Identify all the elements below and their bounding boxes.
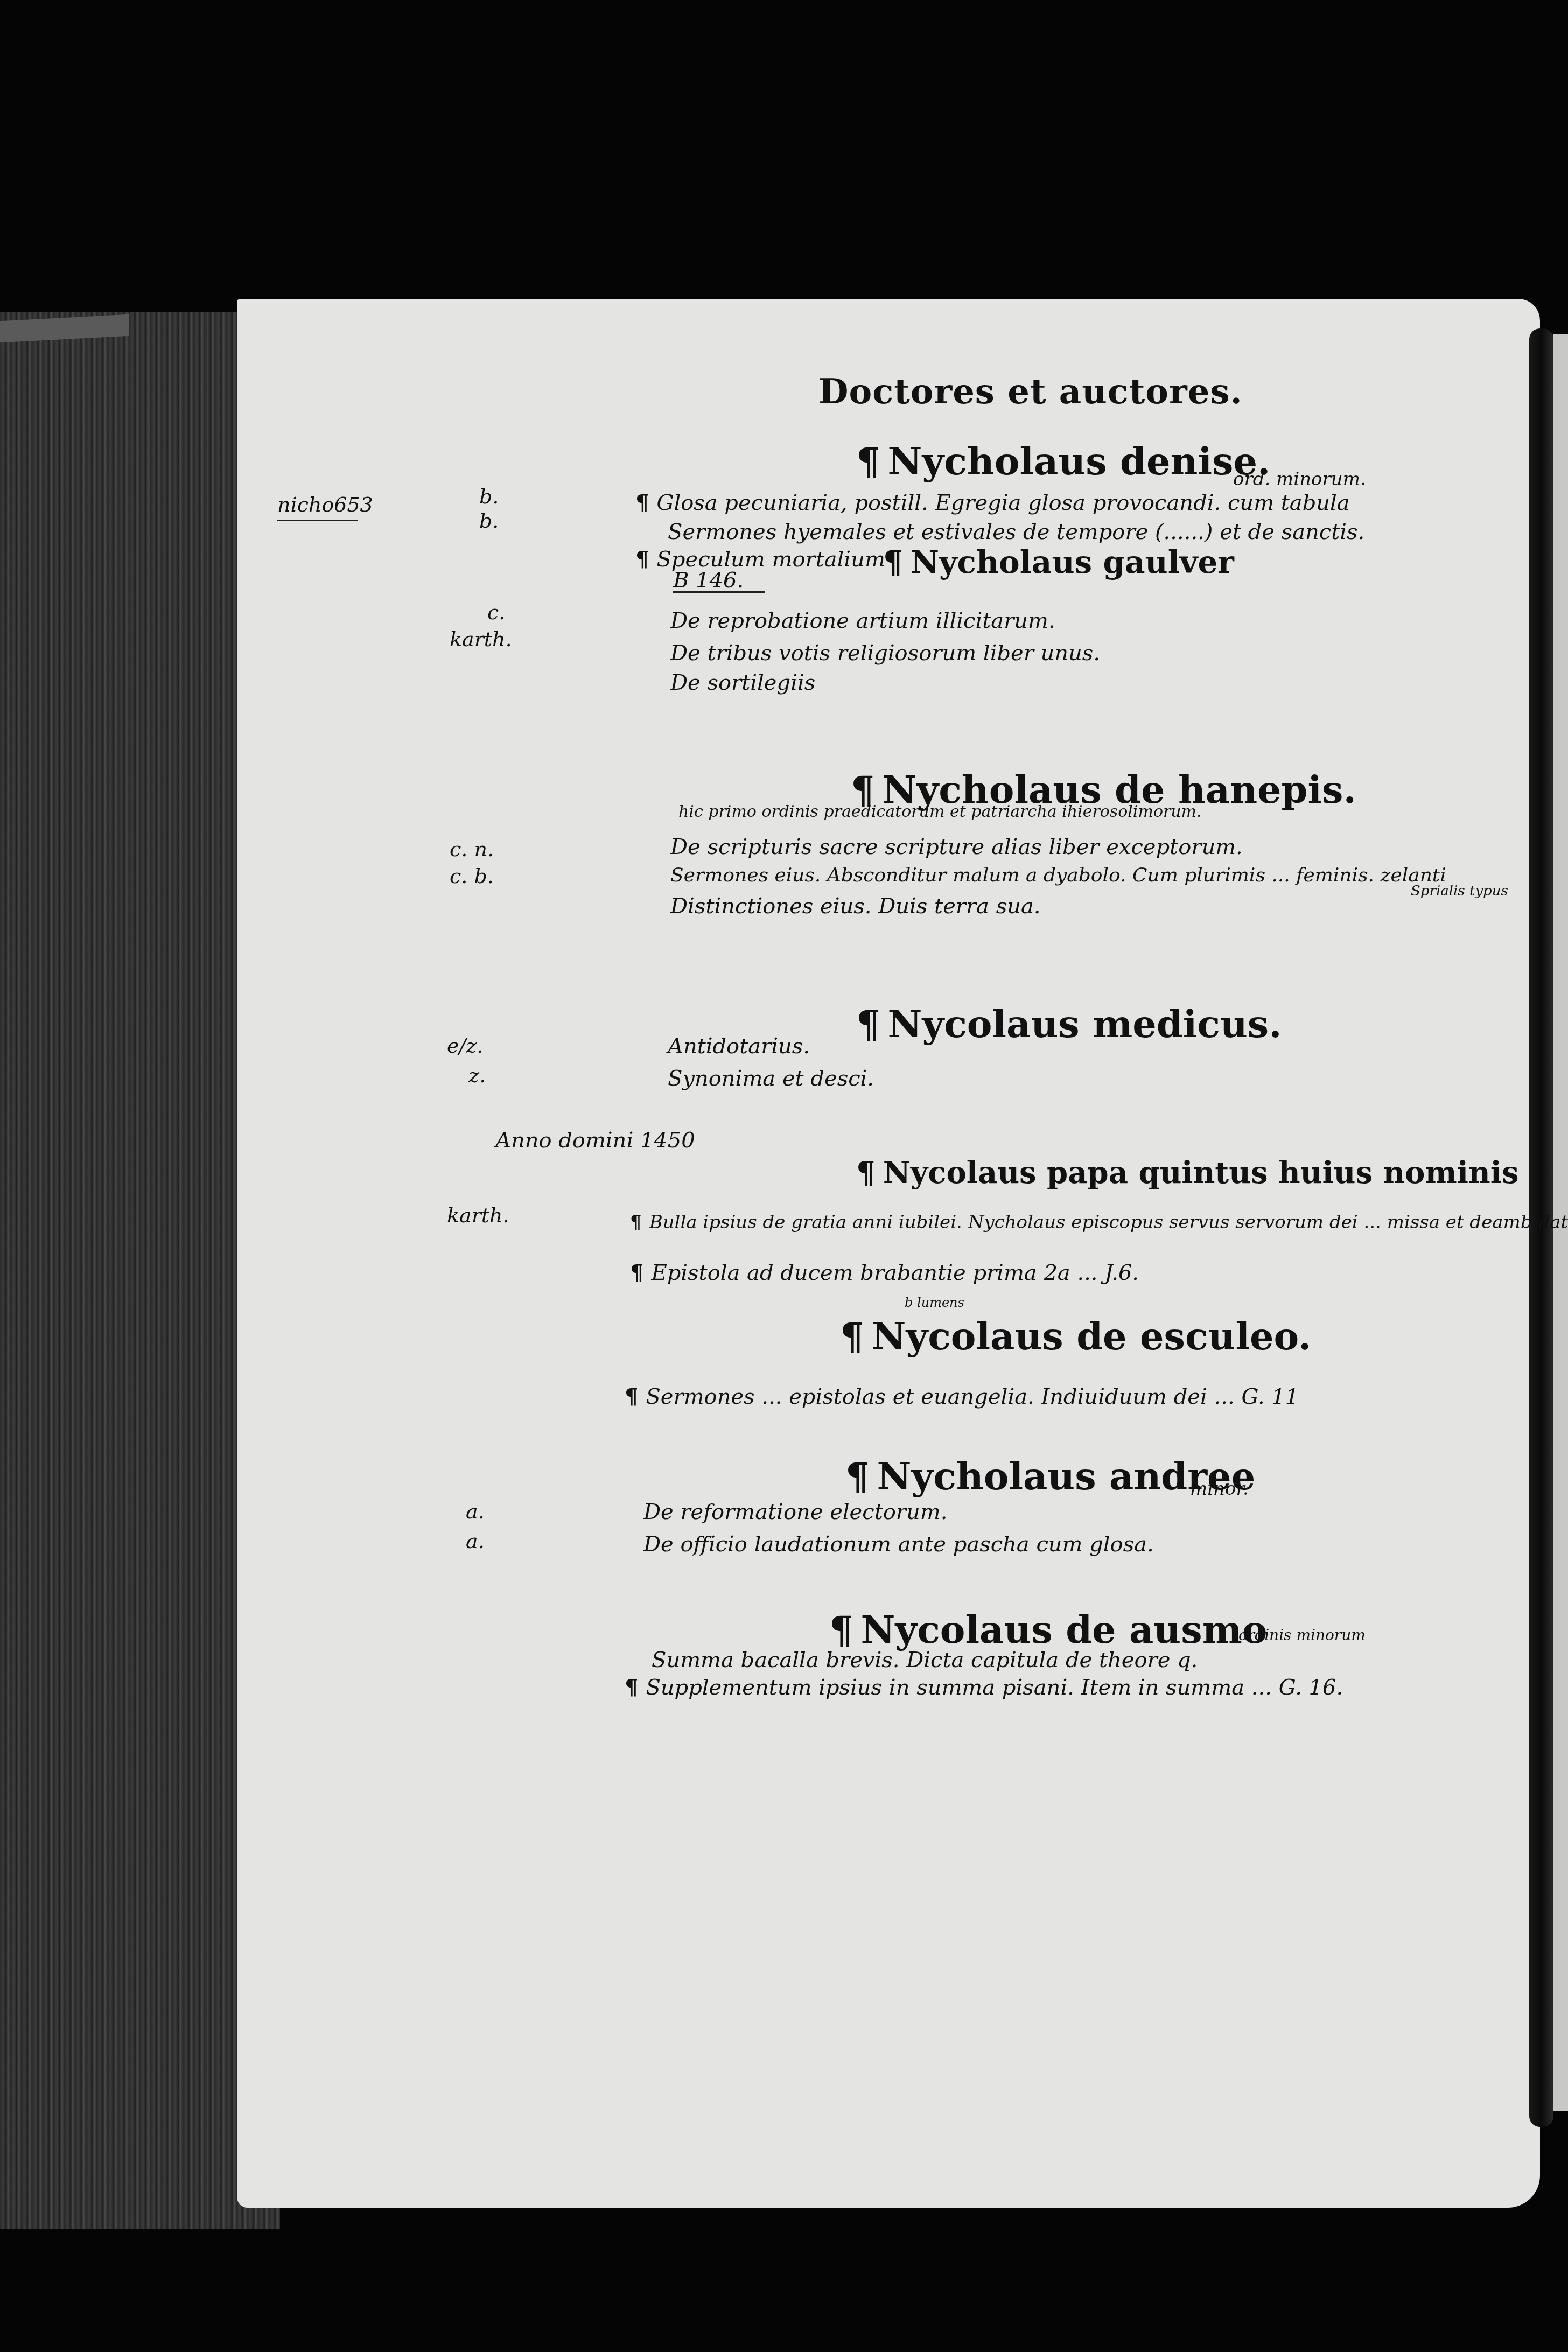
shelfmark: c. b. xyxy=(450,864,494,888)
shelfmark: karth. xyxy=(447,1203,509,1227)
shelfmark: a. xyxy=(466,1529,485,1553)
author-name: Nycolaus de ausmo xyxy=(861,1607,1268,1652)
reference-underline xyxy=(673,591,765,593)
author-name: Nycholaus gaulver xyxy=(911,544,1234,580)
author-note: ordinis minorum xyxy=(1238,1626,1366,1644)
pilcrow-icon: ¶ xyxy=(840,1314,864,1359)
entry-line: Sermones eius. Absconditur malum a dyabo… xyxy=(670,864,1446,886)
shelfmark: a. xyxy=(466,1500,485,1523)
entry-text: Sermones ... epistolas et euangelia. Ind… xyxy=(646,1384,1299,1409)
shelfmark: c. xyxy=(487,600,505,624)
entry-line: De officio laudationum ante pascha cum g… xyxy=(643,1532,1154,1557)
shelfmark: c. n. xyxy=(450,837,494,861)
page-heading: Doctores et auctores. xyxy=(818,372,1243,412)
entry-line: De sortilegiis xyxy=(670,670,815,695)
author-note: minor. xyxy=(1190,1478,1249,1500)
entry-line: ¶Glosa pecuniaria, postill. Egregia glos… xyxy=(635,490,1350,515)
author-heading: ¶Nycholaus gaulver xyxy=(883,544,1234,580)
entry-line: Distinctiones eius. Duis terra sua. xyxy=(670,894,1041,919)
entry-text: Epistola ad ducem brabantie prima 2a ...… xyxy=(651,1261,1139,1285)
pilcrow-icon: ¶ xyxy=(856,439,880,484)
entry-line: De reformatione electorum. xyxy=(643,1500,947,1524)
shelf-reference: B 146. xyxy=(673,568,744,593)
author-heading: ¶Nycolaus papa quintus huius nominis xyxy=(856,1155,1519,1191)
pilcrow-icon: ¶ xyxy=(845,1454,870,1499)
pilcrow-icon: ¶ xyxy=(630,1212,642,1233)
entry-line: Summa bacalla brevis. Dicta capitula de … xyxy=(652,1648,1198,1672)
author-heading: ¶Nycholaus denise. xyxy=(856,439,1270,484)
author-name: Nycholaus denise. xyxy=(888,439,1271,484)
author-name: Nycolaus medicus. xyxy=(888,1002,1282,1046)
author-note: ord. minorum. xyxy=(1233,468,1366,490)
entry-line: ¶Bulla ipsius de gratia anni iubilei. Ny… xyxy=(630,1212,1568,1233)
entry-text: Bulla ipsius de gratia anni iubilei. Nyc… xyxy=(649,1212,1568,1233)
pilcrow-icon: ¶ xyxy=(856,1002,880,1046)
entry-line: Synonima et desci. xyxy=(668,1066,874,1091)
shelfmark: e/z. xyxy=(447,1034,483,1058)
shelfmark: b. xyxy=(479,485,499,508)
pilcrow-icon: ¶ xyxy=(856,1155,876,1191)
side-note: Sprialis typus xyxy=(1411,883,1508,899)
shelfmark: karth. xyxy=(450,627,512,651)
author-note: hic primo ordinis praedicatorum et patri… xyxy=(678,802,1202,821)
shelfmark: b. xyxy=(479,509,499,533)
entry-line: ¶Epistola ad ducem brabantie prima 2a ..… xyxy=(630,1260,1139,1285)
pilcrow-icon: ¶ xyxy=(829,1607,853,1652)
pilcrow-icon: ¶ xyxy=(625,1384,638,1409)
author-heading: ¶Nycolaus de esculeo. xyxy=(840,1314,1311,1359)
date-note: Anno domini 1450 xyxy=(495,1128,695,1153)
shelfmark: z. xyxy=(468,1063,486,1087)
manuscript-page xyxy=(237,299,1540,2208)
entry-line: De scripturis sacre scripture alias libe… xyxy=(670,835,1243,859)
pilcrow-icon: ¶ xyxy=(630,1260,643,1285)
author-heading: ¶Nycolaus de ausmo xyxy=(829,1607,1267,1652)
author-name: Nycolaus de esculeo. xyxy=(872,1314,1312,1359)
entry-line: Sermones hyemales et estivales de tempor… xyxy=(668,520,1364,544)
pilcrow-icon: ¶ xyxy=(635,547,649,572)
author-name: Nycolaus papa quintus huius nominis xyxy=(883,1155,1519,1191)
superscript-note: b lumens xyxy=(905,1295,964,1310)
entry-line: De reprobatione artium illicitarum. xyxy=(670,608,1055,633)
entry-line: De tribus votis religiosorum liber unus. xyxy=(670,641,1100,666)
entry-line: Antidotarius. xyxy=(668,1034,810,1059)
margin-note: nicho653 xyxy=(277,493,373,516)
pilcrow-icon: ¶ xyxy=(625,1675,638,1700)
entry-line: ¶Sermones ... epistolas et euangelia. In… xyxy=(625,1384,1299,1409)
pilcrow-icon: ¶ xyxy=(635,490,649,515)
entry-text: Glosa pecuniaria, postill. Egregia glosa… xyxy=(656,491,1349,515)
entry-text: Supplementum ipsius in summa pisani. Ite… xyxy=(646,1675,1343,1700)
margin-underline xyxy=(277,520,358,521)
entry-line: ¶Supplementum ipsius in summa pisani. It… xyxy=(625,1675,1343,1700)
author-heading: ¶Nycolaus medicus. xyxy=(856,1002,1282,1046)
pilcrow-icon: ¶ xyxy=(883,544,903,580)
